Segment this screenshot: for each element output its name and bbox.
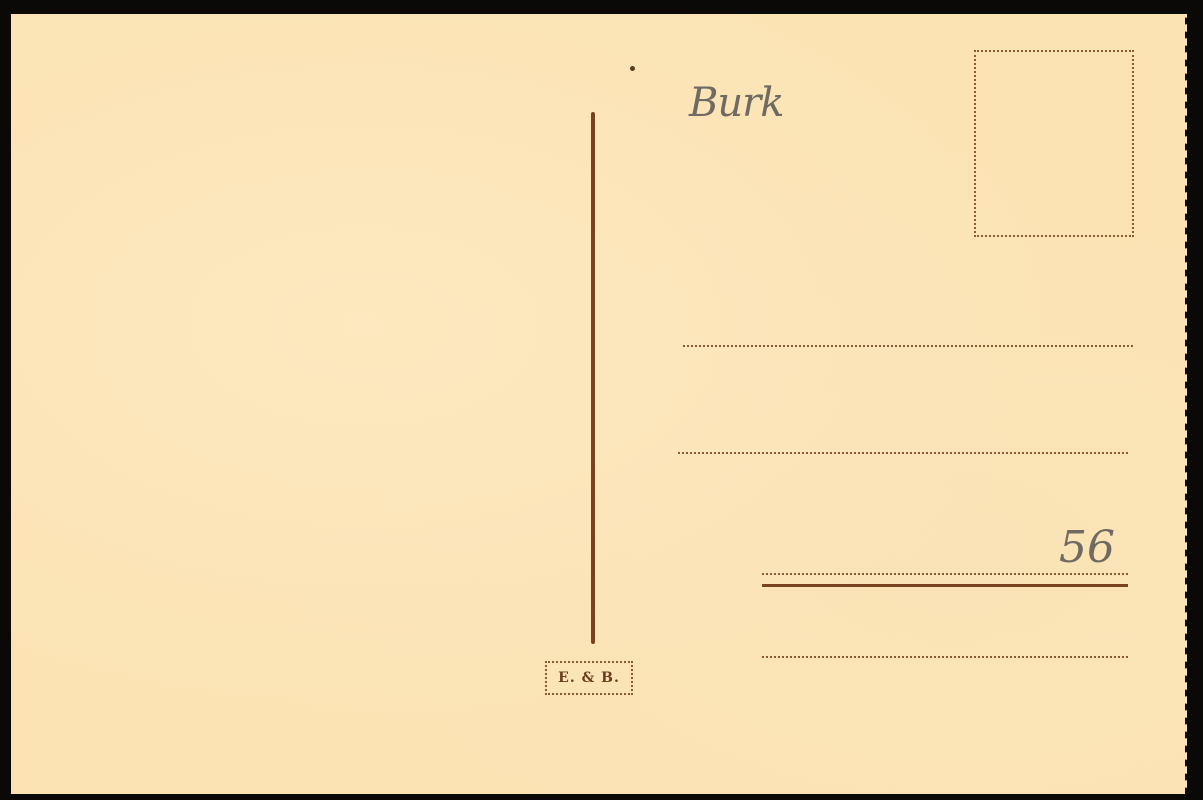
- handwritten-number: 56: [1059, 522, 1115, 573]
- address-line-4: [762, 656, 1128, 658]
- publisher-mark-text: E. & B.: [558, 670, 620, 686]
- publisher-mark: E. & B.: [545, 661, 633, 695]
- stamp-box: [974, 50, 1134, 237]
- address-line-1: [683, 345, 1133, 347]
- address-line-3: [762, 573, 1128, 575]
- address-line-2: [678, 452, 1128, 454]
- postcard-back: Burk 56 E. & B.: [11, 14, 1187, 794]
- address-underline-solid: [762, 584, 1128, 587]
- center-divider-line: [591, 112, 595, 644]
- perforated-edge: [1185, 14, 1195, 794]
- handwritten-name: Burk: [689, 80, 784, 126]
- ink-spot: [630, 66, 635, 71]
